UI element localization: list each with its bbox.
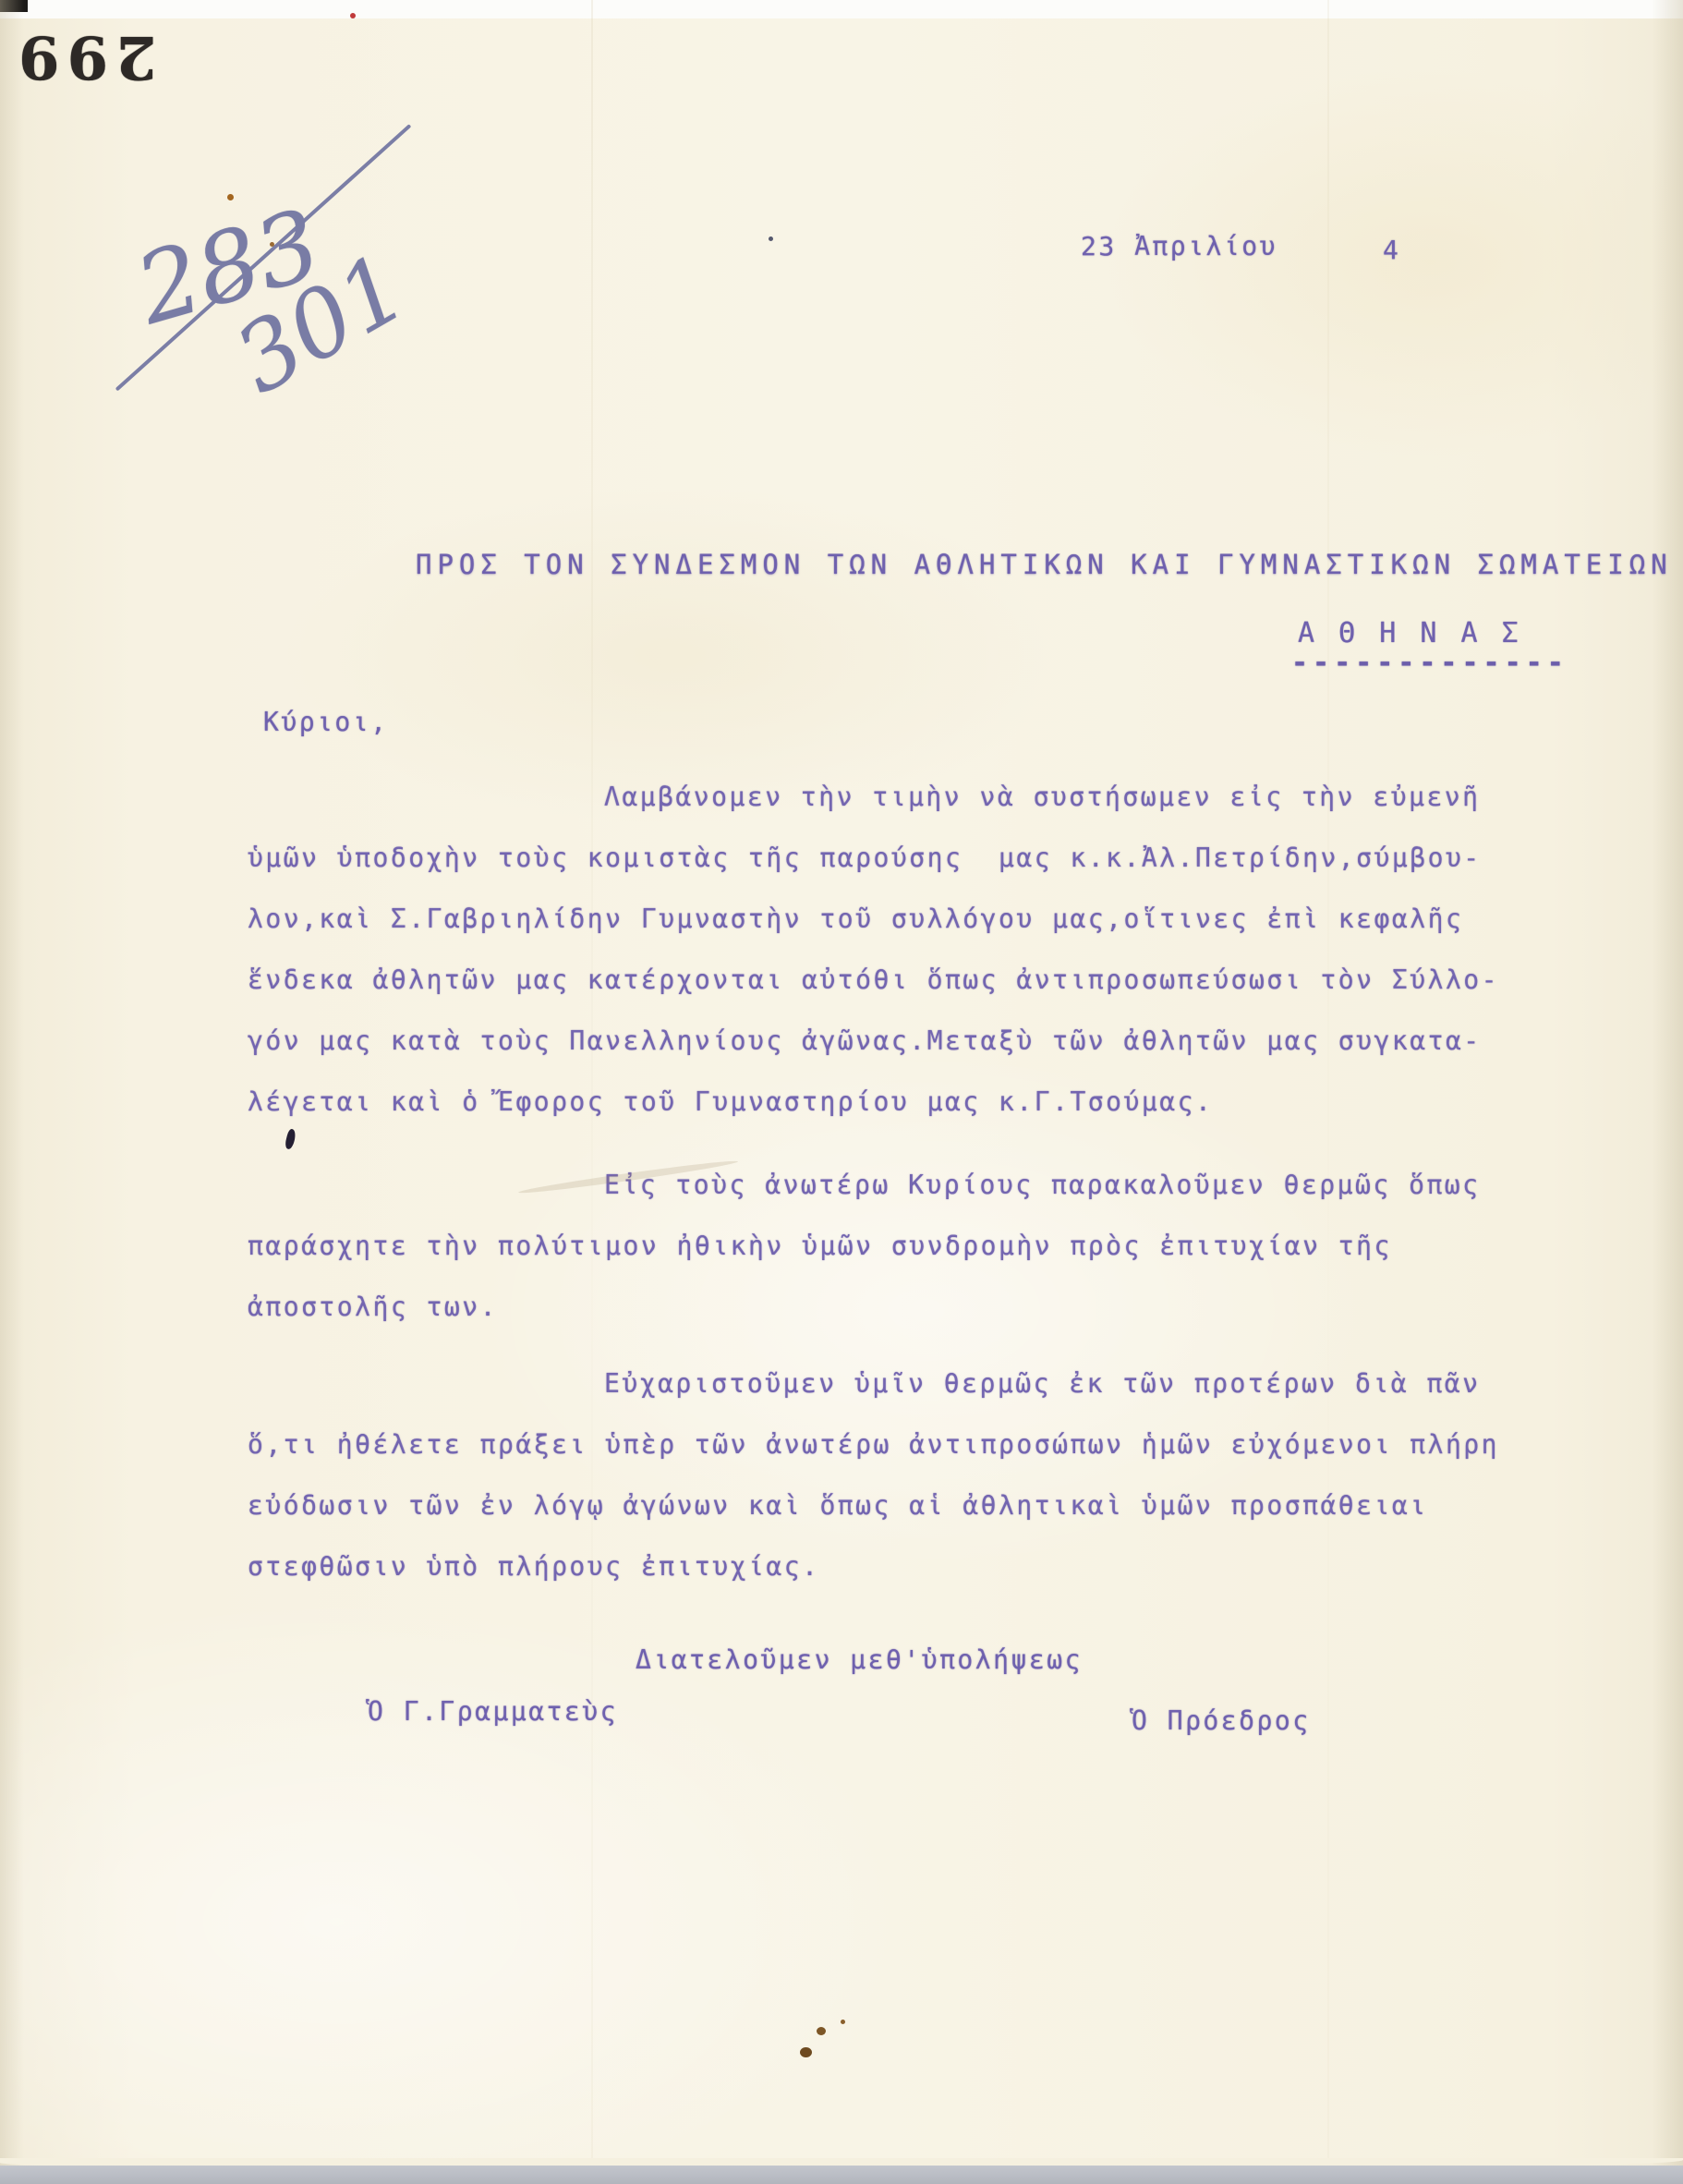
- body-line: Εἰς τοὺς ἀνωτέρω Κυρίους παρακαλοῦμεν θε…: [248, 1170, 1661, 1231]
- date-number: 4: [1383, 235, 1400, 265]
- recipient-city: Α Θ Η Ν Α Σ: [1298, 617, 1522, 649]
- paper-speck: [270, 242, 274, 247]
- signature-title-president: Ὁ Πρόεδρος: [1132, 1705, 1311, 1736]
- body-line: γόν μας κατὰ τοὺς Πανελληνίους ἀγῶνας.Με…: [248, 1025, 1661, 1086]
- recipient-line: ΠΡΟΣ ΤΟΝ ΣΥΝΔΕΣΜΟΝ ΤΩΝ ΑΘΛΗΤΙΚΩΝ ΚΑΙ ΓΥΜ…: [416, 549, 1673, 580]
- body-line: ὅ,τι ἠθέλετε πράξει ὑπὲρ τῶν ἀνωτέρω ἀντ…: [248, 1429, 1661, 1490]
- recipient-underline: -------------: [1291, 647, 1568, 679]
- body-line: λέγεται καὶ ὁ Ἔφορος τοῦ Γυμναστηρίου μα…: [248, 1086, 1661, 1147]
- body-line: ὑμῶν ὑποδοχὴν τοὺς κομιστὰς τῆς παρούσης…: [248, 843, 1661, 904]
- body-line: στεφθῶσιν ὑπὸ πλήρους ἐπιτυχίας.: [248, 1551, 1661, 1612]
- body-line: Εὐχαριστοῦμεν ὑμῖν θερμῶς ἐκ τῶν προτέρω…: [248, 1368, 1661, 1429]
- body-line: εὐόδωσιν τῶν ἐν λόγῳ ἀγώνων καὶ ὅπως αἱ …: [248, 1490, 1661, 1551]
- scan-top-strip: [0, 0, 1683, 18]
- archive-stamp-number: 299: [11, 22, 157, 91]
- letter-body: Λαμβάνομεν τὴν τιμὴν νὰ συστήσωμεν εἰς τ…: [248, 782, 1661, 1612]
- signature-title-secretary: Ὁ Γ.Γραμματεὺς: [368, 1696, 618, 1727]
- date-day-month: 23 Ἀπριλίου: [1081, 231, 1277, 261]
- body-line: Λαμβάνομεν τὴν τιμὴν νὰ συστήσωμεν εἰς τ…: [248, 782, 1661, 843]
- paper-speck: [817, 2027, 826, 2035]
- salutation: Κύριοι,: [263, 707, 389, 737]
- paper-speck: [227, 194, 234, 200]
- paper-left-edge-shade: [0, 0, 24, 2184]
- body-line: ἀποστολῆς των.: [248, 1292, 1661, 1353]
- body-line: λον,καὶ Σ.Γαβριηλίδην Γυμναστὴν τοῦ συλλ…: [248, 904, 1661, 965]
- body-line: ἕνδεκα ἀθλητῶν μας κατέρχονται αὐτόθι ὅπ…: [248, 965, 1661, 1025]
- paper-speck: [800, 2047, 812, 2057]
- paper-speck: [841, 2020, 845, 2024]
- body-line: παράσχητε τὴν πολύτιμον ἠθικὴν ὑμῶν συνδ…: [248, 1231, 1661, 1292]
- scanned-letter-page: 299 283 301 23 Ἀπριλίου 4 ΠΡΟΣ ΤΟΝ ΣΥΝΔΕ…: [0, 0, 1683, 2184]
- paper-speck: [769, 237, 773, 241]
- closing-formula: Διατελοῦμεν μεθ'ὑπολήψεως: [636, 1644, 1083, 1675]
- paper-speck: [350, 13, 356, 18]
- scan-bottom-strip: [0, 2166, 1683, 2184]
